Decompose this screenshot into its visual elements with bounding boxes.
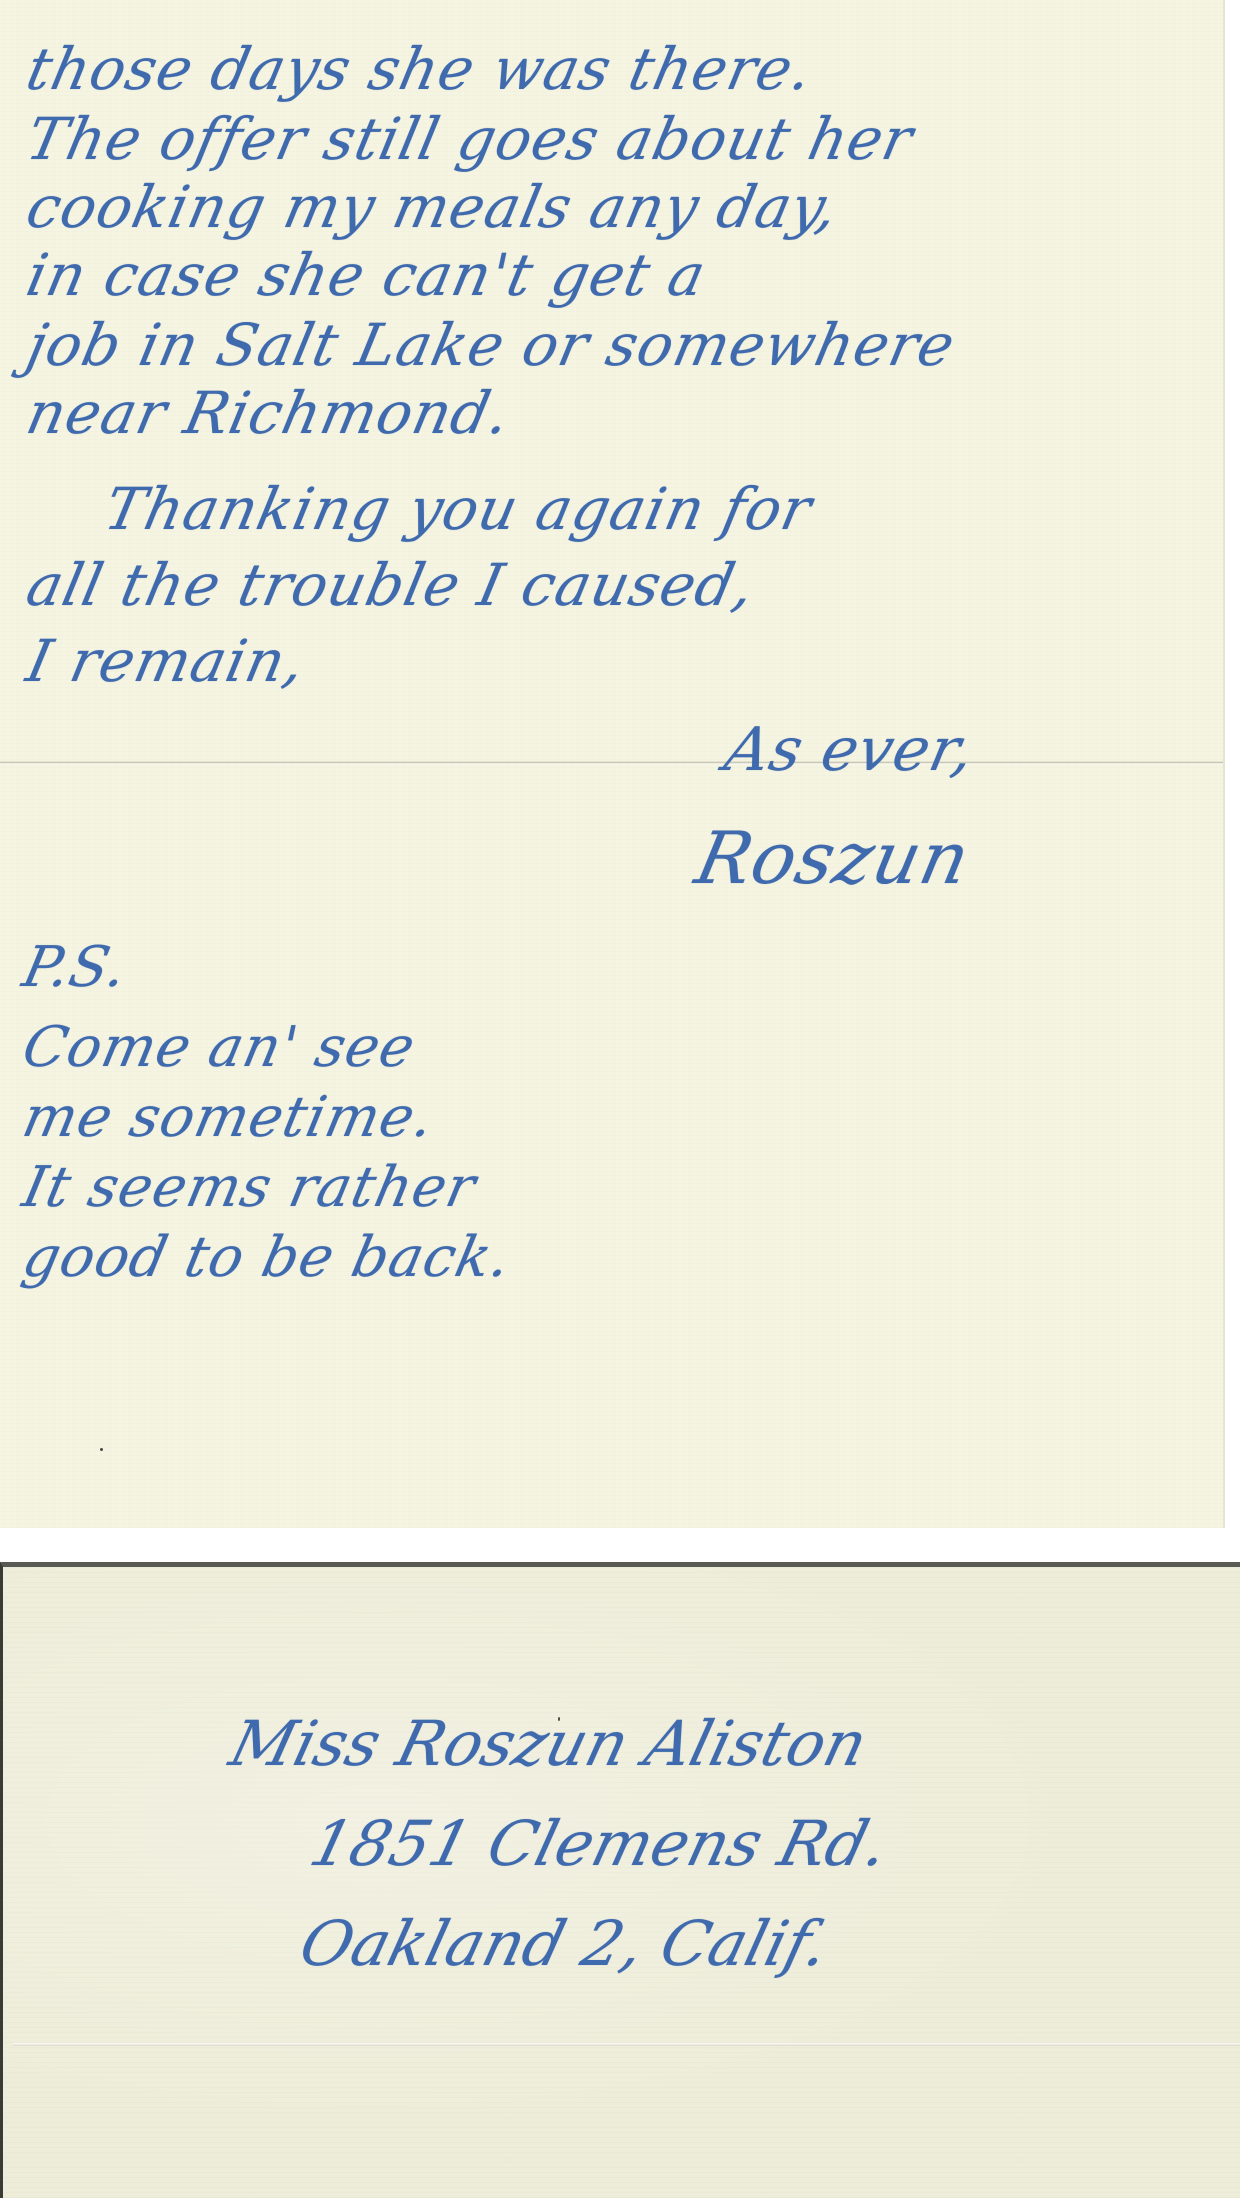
thanks-line-2: all the trouble I caused, — [22, 556, 760, 614]
thanks-line-1: Thanking you again for — [100, 480, 817, 538]
letter-line-6: near Richmond. — [22, 384, 516, 442]
envelope-recipient: Miss Roszun Aliston — [223, 1707, 874, 1780]
postscript-line-4: good to be back. — [18, 1230, 516, 1286]
letter-line-2: The offer still goes about her — [22, 110, 918, 168]
page-gap — [0, 1528, 1240, 1562]
letter-line-3: cooking my meals any day, — [22, 178, 843, 236]
fold-crease — [0, 761, 1223, 765]
postscript-line-3: It seems rather — [18, 1160, 481, 1216]
closing: As ever, — [720, 720, 980, 780]
postscript-label: P.S. — [18, 940, 132, 996]
letter-line-4: in case she can't get a — [22, 246, 711, 304]
postscript-line-1: Come an' see — [18, 1020, 420, 1076]
letter-line-1: those days she was there. — [22, 40, 818, 98]
signature: Roszun — [690, 822, 976, 894]
envelope-crease — [13, 2043, 1240, 2046]
envelope-street: 1851 Clemens Rd. — [303, 1807, 896, 1880]
postscript-line-2: me sometime. — [18, 1090, 439, 1146]
letter-line-5: job in Salt Lake or somewhere — [22, 316, 960, 374]
letter-page: those days she was there. The offer stil… — [0, 0, 1225, 1528]
paper-speck — [100, 1448, 103, 1451]
envelope-city: Oakland 2, Calif. — [293, 1907, 836, 1980]
thanks-line-3: I remain, — [22, 632, 311, 690]
envelope-speck — [558, 1717, 560, 1721]
envelope: Miss Roszun Aliston 1851 Clemens Rd. Oak… — [0, 1562, 1240, 2198]
